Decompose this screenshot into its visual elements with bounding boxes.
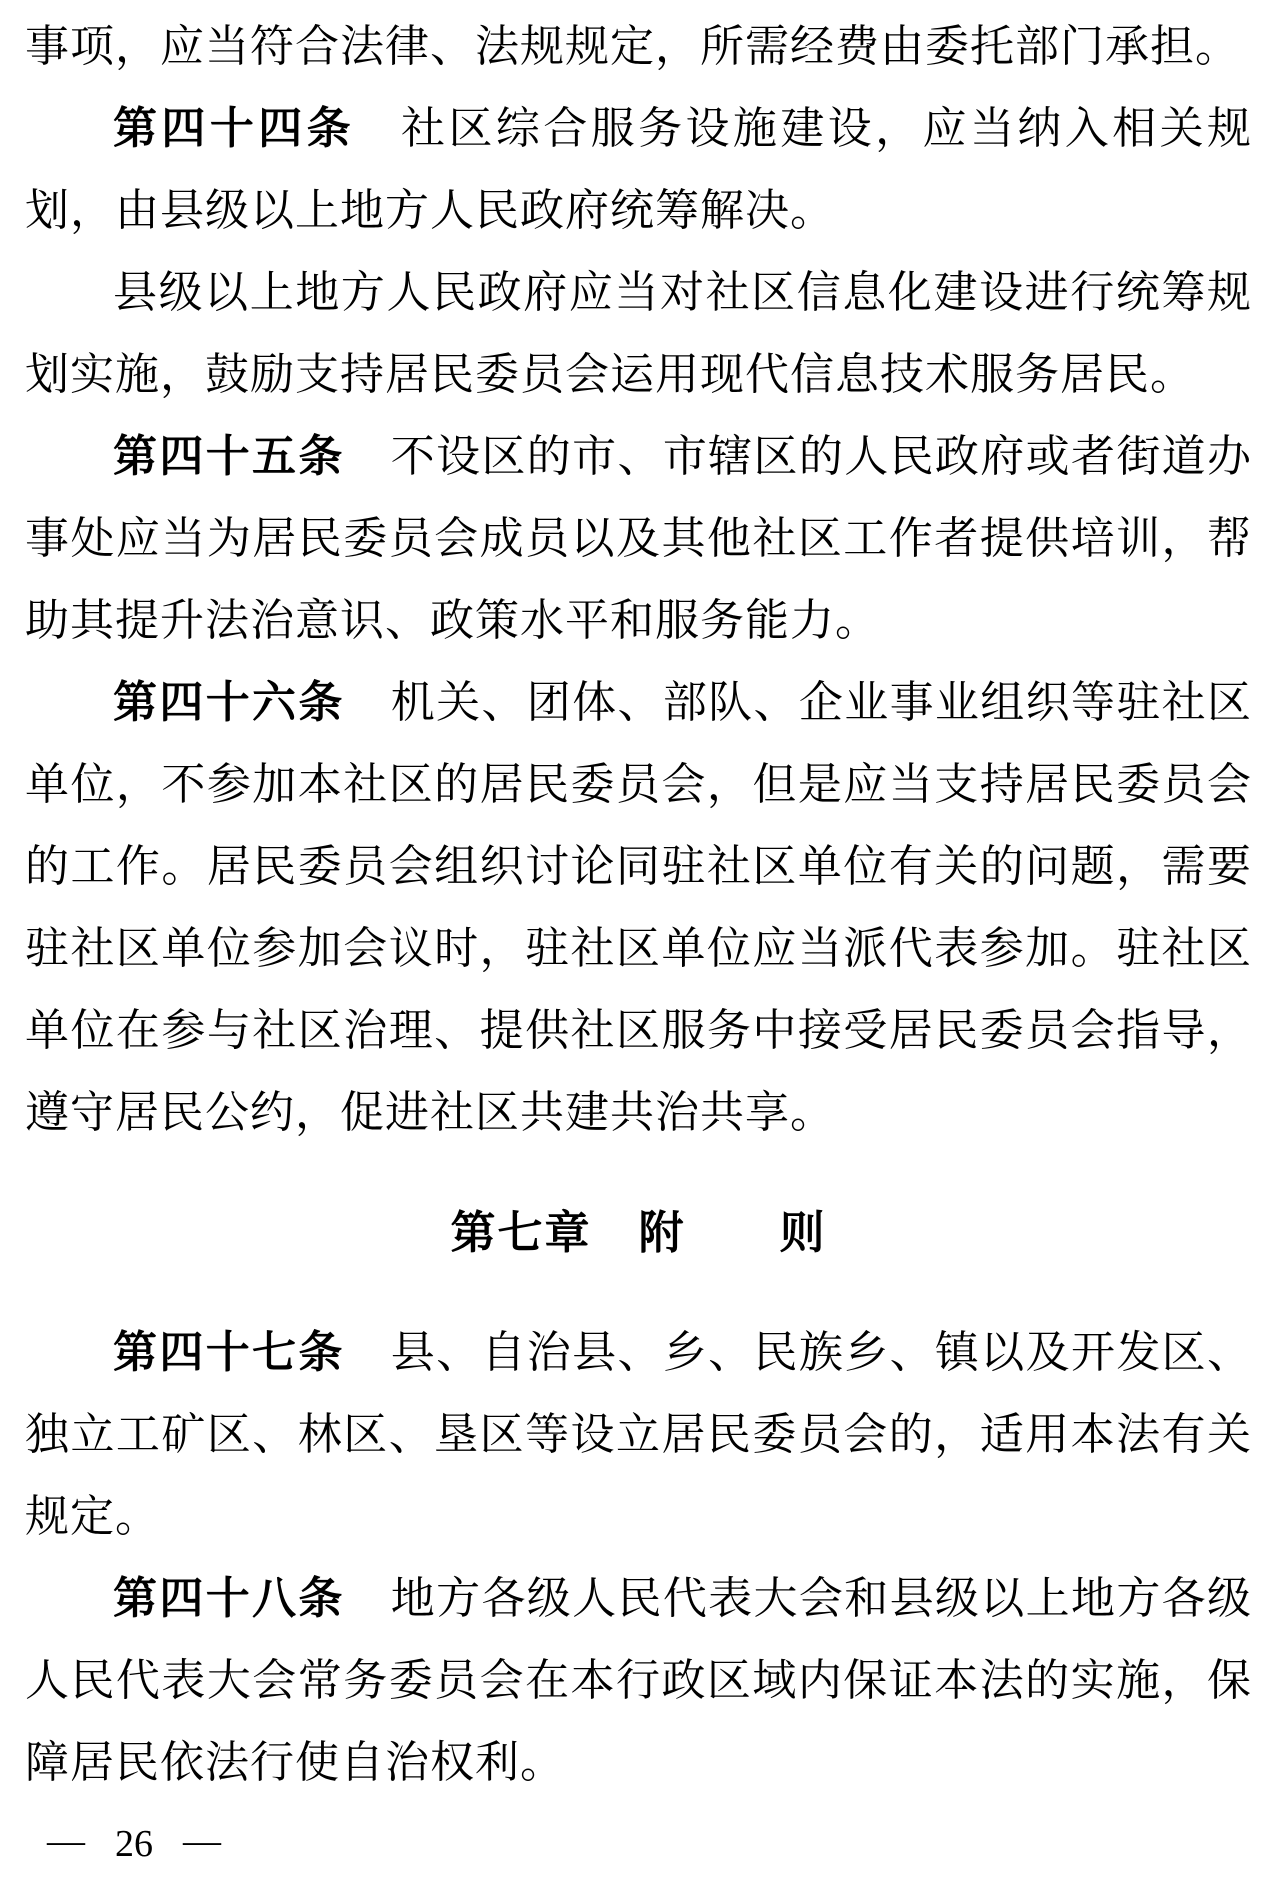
paragraph-text: 县级以上地方人民政府应当对社区信息化建设进行统筹规划实施，鼓励支持居民委员会运用… <box>25 268 1252 399</box>
article-number: 第四十六条 <box>113 678 345 727</box>
article-47-paragraph: 第四十七条县、自治县、乡、民族乡、镇以及开发区、独立工矿区、林区、垦区等设立居民… <box>25 1312 1252 1558</box>
article-text: 机关、团体、部队、企业事业组织等驻社区单位，不参加本社区的居民委员会，但是应当支… <box>25 678 1252 1137</box>
paragraph-text: 事项，应当符合法律、法规规定，所需经费由委托部门承担。 <box>25 22 1240 71</box>
paragraph: 县级以上地方人民政府应当对社区信息化建设进行统筹规划实施，鼓励支持居民委员会运用… <box>25 252 1252 416</box>
article-number: 第四十八条 <box>113 1574 345 1623</box>
article-46-paragraph: 第四十六条机关、团体、部队、企业事业组织等驻社区单位，不参加本社区的居民委员会，… <box>25 662 1252 1154</box>
footer-dash-right: — <box>183 1822 221 1860</box>
chapter-heading: 第七章 附 则 <box>25 1192 1252 1274</box>
paragraph-continuation: 事项，应当符合法律、法规规定，所需经费由委托部门承担。 <box>25 6 1252 88</box>
article-48-paragraph: 第四十八条地方各级人民代表大会和县级以上地方各级人民代表大会常务委员会在本行政区… <box>25 1558 1252 1804</box>
article-45-paragraph: 第四十五条不设区的市、市辖区的人民政府或者街道办事处应当为居民委员会成员以及其他… <box>25 416 1252 662</box>
page-number: 26 <box>115 1825 153 1863</box>
legal-text-body: 事项，应当符合法律、法规规定，所需经费由委托部门承担。 第四十四条社区综合服务设… <box>0 0 1277 1804</box>
article-number: 第四十五条 <box>113 432 345 481</box>
article-number: 第四十四条 <box>113 104 355 153</box>
article-44-paragraph: 第四十四条社区综合服务设施建设，应当纳入相关规划，由县级以上地方人民政府统筹解决… <box>25 88 1252 252</box>
footer-dash-left: — <box>47 1822 85 1860</box>
article-number: 第四十七条 <box>113 1328 345 1377</box>
page-footer: — 26 — <box>47 1825 221 1863</box>
document-page: 事项，应当符合法律、法规规定，所需经费由委托部门承担。 第四十四条社区综合服务设… <box>0 0 1277 1889</box>
